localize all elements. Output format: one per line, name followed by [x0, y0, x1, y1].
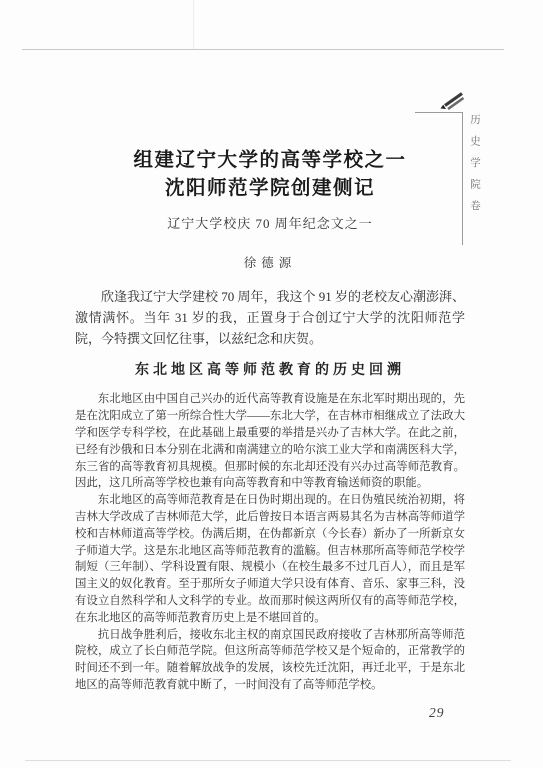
body-text: 东北地区由中国自己兴办的近代高等教育设施是在东北军时期出现的，先是在沈阳成立了第… — [75, 391, 465, 693]
page-edge-line-bottom — [25, 760, 511, 761]
article-column: 组建辽宁大学的高等学校之一 沈阳师范学院创建侧记 辽宁大学校庆 70 周年纪念文… — [75, 0, 465, 694]
author-name: 徐德源 — [75, 253, 465, 271]
intro-paragraph: 欣逢我辽宁大学建校 70 周年，我这个 91 岁的老校友心潮澎湃、激情满怀。当年… — [75, 287, 465, 349]
volume-tab-label: 历史学院卷 — [467, 114, 482, 222]
body-paragraph: 东北地区由中国自己兴办的近代高等教育设施是在东北军时期出现的，先是在沈阳成立了第… — [75, 391, 465, 492]
body-paragraph: 抗日战争胜利后，接收东北主权的南京国民政府接收了吉林那所高等师范院校，成立了长白… — [75, 627, 465, 694]
article-title-line1: 组建辽宁大学的高等学校之一 — [75, 146, 465, 174]
page-number: 29 — [429, 705, 445, 721]
scanned-page: 历史学院卷 组建辽宁大学的高等学校之一 沈阳师范学院创建侧记 辽宁大学校庆 70… — [0, 0, 543, 768]
body-paragraph: 东北地区的高等师范教育是在日伪时期出现的。在日伪殖民统治初期，将吉林大学改成了吉… — [75, 492, 465, 626]
article-subtitle: 辽宁大学校庆 70 周年纪念文之一 — [75, 213, 465, 232]
article-title-line2: 沈阳师范学院创建侧记 — [75, 174, 465, 202]
section-heading: 东北地区高等师范教育的历史回溯 — [75, 359, 465, 379]
article-title: 组建辽宁大学的高等学校之一 沈阳师范学院创建侧记 — [75, 146, 465, 202]
